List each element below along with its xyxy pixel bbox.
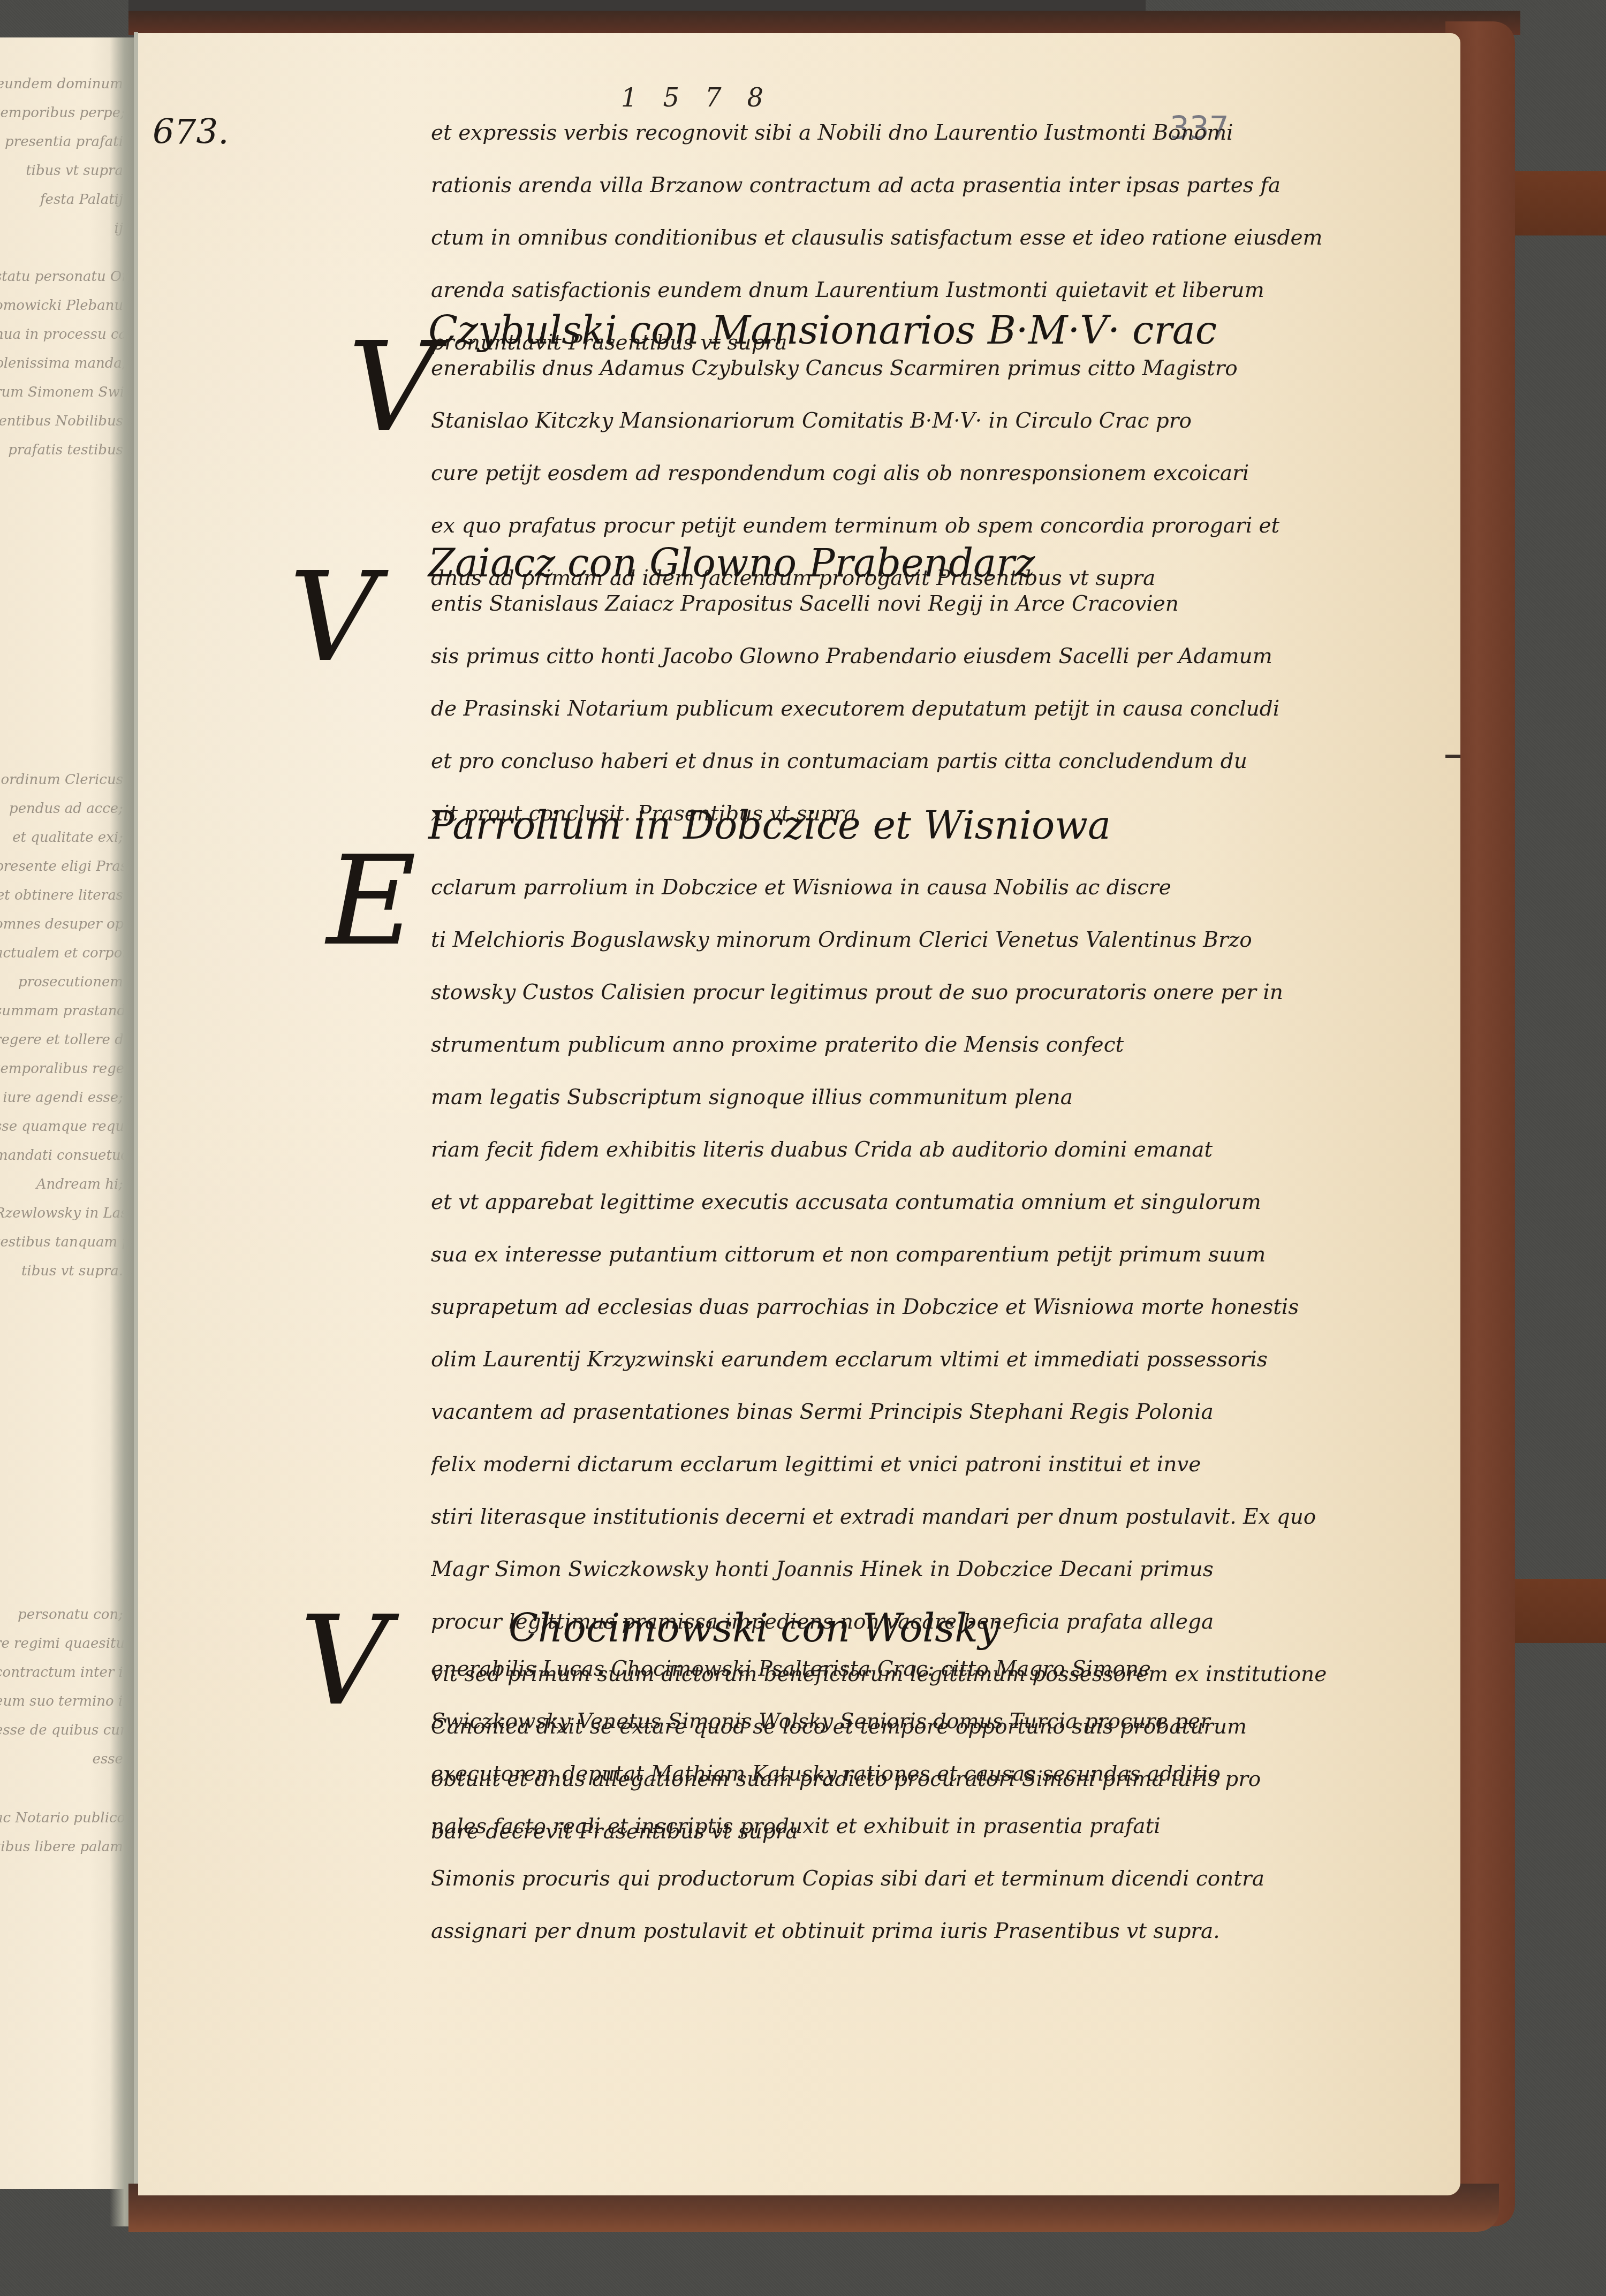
left-fragment-line: ij: [0, 214, 123, 243]
left-fragment-line: tibus libere palam: [0, 1833, 123, 1861]
text-line: sis primus citto honti Jacobo Glowno Pra…: [431, 630, 1432, 683]
left-fragment-line: regere et tollere de;: [0, 1025, 123, 1054]
text-line: rationis arenda villa Brzanow contractum…: [431, 159, 1432, 212]
left-fragment-line: presente eligi Prasen;: [0, 852, 123, 881]
text-line: felix moderni dictarum ecclarum legittim…: [431, 1439, 1432, 1491]
gutter-fold: [134, 32, 138, 2226]
text-line: cclarum parrolium in Dobczice et Wisniow…: [431, 862, 1432, 914]
folio-number: 673.: [153, 112, 229, 152]
bookmark-tab-top: [1504, 171, 1606, 235]
left-fragment-line: rum Simonem Swici;: [0, 378, 123, 407]
text-line: et pro concluso haberi et dnus in contum…: [431, 735, 1432, 788]
left-fragment-line: statu personatu Om;: [0, 262, 123, 291]
text-line: de Prasinski Notarium publicum executore…: [431, 683, 1432, 735]
text-line: enerabilis dnus Adamus Czybulsky Cancus …: [431, 343, 1432, 395]
left-fragment-line: festa Palatij: [0, 185, 123, 214]
left-fragment-line: eum suo termino ipsi: [0, 1687, 123, 1716]
text-line: ctum in omnibus conditionibus et clausul…: [431, 212, 1432, 264]
left-fragment-line: pendus ad acce;: [0, 794, 123, 823]
left-fragment-line: tibus vt supra: [0, 156, 123, 185]
left-fragment-line: Rzewlowsky in Lasko: [0, 1199, 123, 1228]
left-fragment-line: prosecutionem: [0, 968, 123, 997]
text-line: olim Laurentij Krzyzwinski earundem eccl…: [431, 1334, 1432, 1386]
left-fragment-line: nua in processu causa: [0, 320, 123, 349]
left-fragment-line: summam prastandum: [0, 997, 123, 1025]
text-line: entis Stanislaus Zaiacz Prapositus Sacel…: [431, 578, 1432, 630]
left-fragment-line: et qualitate exi;: [0, 823, 123, 852]
text-line: strumentum publicum anno proxime prateri…: [431, 1019, 1432, 1071]
left-fragment-line: actualem et corpora;: [0, 939, 123, 968]
text-line: stowsky Custos Calisien procur legitimus…: [431, 967, 1432, 1019]
initial-letter: V: [289, 557, 378, 680]
text-line: suprapetum ad ecclesias duas parrochias …: [431, 1281, 1432, 1334]
left-fragment-line: personatu con;: [0, 1600, 123, 1629]
margin-dash-mark: [1445, 755, 1460, 758]
left-fragment-line: esse de quibus cum: [0, 1716, 123, 1745]
left-fragment-line: omowicki Plebanu: [0, 291, 123, 320]
entry-zaiacz: entis Stanislaus Zaiacz Prapositus Sacel…: [431, 578, 1432, 840]
text-line: nales facto reali et inscriptis produxit…: [431, 1800, 1432, 1853]
text-line: Stanislao Kitczky Mansionariorum Comitat…: [431, 395, 1432, 447]
left-fragment-line: ordinum Clericus: [0, 765, 123, 794]
left-fragment-line: tibus vt supra.: [0, 1257, 123, 1286]
left-fragment-line: prafatis testibus: [0, 436, 123, 465]
left-fragment-line: testibus tanquam prasen;: [0, 1228, 123, 1257]
left-page-text-block-5: ac Notario publico tibus libere palam: [0, 1804, 123, 1861]
initial-letter: V: [300, 1600, 389, 1723]
left-fragment-line: ac Notario publico: [0, 1804, 123, 1833]
text-line: assignari per dnum postulavit et obtinui…: [431, 1905, 1432, 1958]
text-line: executorem deputat Mathiam Katusky ratio…: [431, 1748, 1432, 1800]
entry-heading-parrolium: Parrolium in Dobczice et Wisniowa: [428, 803, 1111, 848]
entry-chocimowski: enerabilis Lucas Chocimowski Psalterista…: [431, 1643, 1432, 1958]
text-line: riam fecit fidem exhibitis literis duabu…: [431, 1124, 1432, 1176]
left-page-fragment: eundem dominum temporibus perpe; present…: [0, 37, 128, 2189]
left-page-text-block-4: personatu con; re regimi quaesitur contr…: [0, 1600, 123, 1774]
left-fragment-line: contractum inter ipsos: [0, 1658, 123, 1687]
text-line: Swiczkowsky Venetus Simonis Wolsky Senio…: [431, 1696, 1432, 1748]
text-line: et vt apparebat legittime executis accus…: [431, 1176, 1432, 1229]
left-fragment-line: Andream hi;: [0, 1170, 123, 1199]
left-fragment-line: temporalibus regend: [0, 1054, 123, 1083]
text-line: ti Melchioris Boguslawsky minorum Ordinu…: [431, 914, 1432, 967]
text-line: stiri literasque institutionis decerni e…: [431, 1491, 1432, 1544]
left-fragment-line: entibus Nobilibus: [0, 407, 123, 436]
left-fragment-line: et obtinere literas: [0, 881, 123, 910]
left-fragment-line: re regimi quaesitur: [0, 1629, 123, 1658]
text-line: Magr Simon Swiczkowsky honti Joannis Hin…: [431, 1544, 1432, 1596]
text-line: vacantem ad prasentationes binas Sermi P…: [431, 1386, 1432, 1439]
bookmark-tab-bottom: [1504, 1579, 1606, 1643]
text-line: cure petijt eosdem ad respondendum cogi …: [431, 447, 1432, 500]
left-fragment-line: eundem dominum: [0, 70, 123, 98]
left-fragment-line: sse quamque requisita: [0, 1112, 123, 1141]
left-fragment-line: iure agendi esse;: [0, 1083, 123, 1112]
text-line: Simonis procuris qui productorum Copias …: [431, 1853, 1432, 1905]
text-line: sua ex interesse putantium cittorum et n…: [431, 1229, 1432, 1281]
left-page-text-block-2: statu personatu Om; omowicki Plebanu nua…: [0, 262, 123, 465]
left-fragment-line: presentia prafati: [0, 127, 123, 156]
left-page-text-block-1: eundem dominum temporibus perpe; present…: [0, 70, 123, 243]
left-fragment-line: temporibus perpe;: [0, 98, 123, 127]
left-fragment-line: plenissima manda;: [0, 349, 123, 378]
text-line: et expressis verbis recognovit sibi a No…: [431, 107, 1432, 159]
initial-letter: E: [327, 840, 416, 963]
text-line: mam legatis Subscriptum signoque illius …: [431, 1071, 1432, 1124]
text-line: enerabilis Lucas Chocimowski Psalterista…: [431, 1643, 1432, 1696]
left-fragment-line: mandati consuetudo: [0, 1141, 123, 1170]
top-binding-strip: [128, 11, 1520, 35]
left-fragment-line: omnes desuper oppor;: [0, 910, 123, 939]
initial-letter: V: [348, 326, 437, 450]
left-page-text-block-3: ordinum Clericus pendus ad acce; et qual…: [0, 765, 123, 1286]
left-fragment-line: esse: [0, 1745, 123, 1774]
